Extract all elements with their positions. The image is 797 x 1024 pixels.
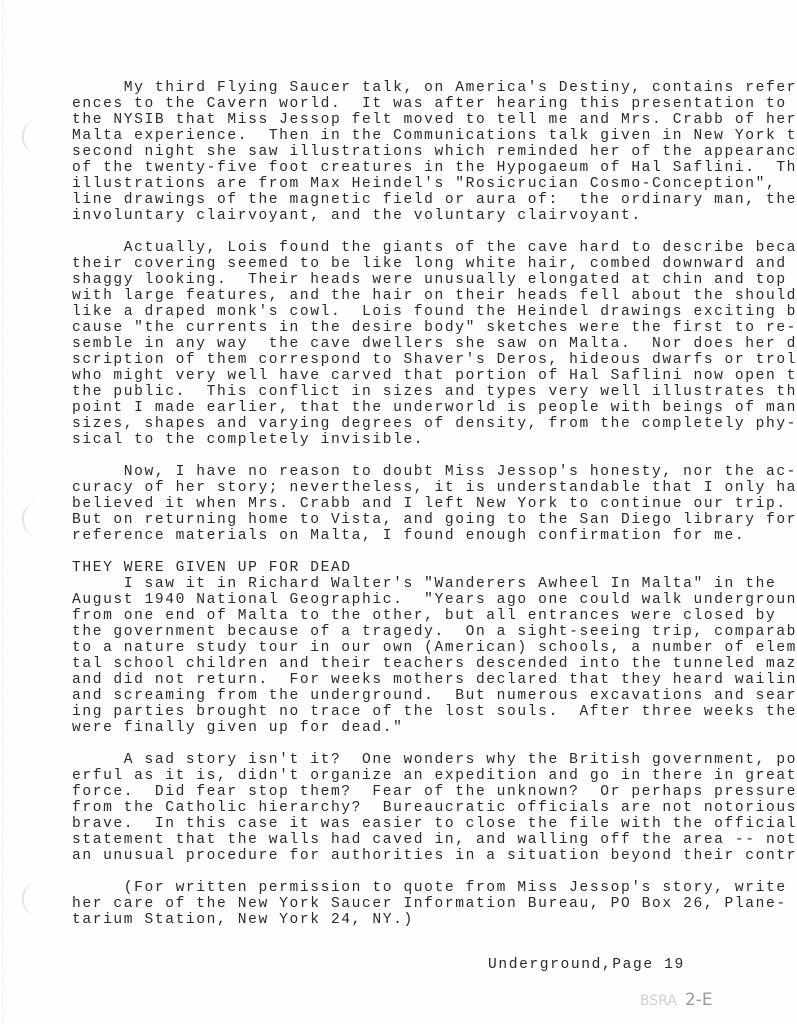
section-heading: THEY WERE GIVEN UP FOR DEAD: [72, 560, 792, 576]
document-body: My third Flying Saucer talk, on America'…: [72, 80, 792, 944]
text-line: (For written permission to quote from Mi…: [72, 880, 792, 896]
text-line: statement that the walls had caved in, a…: [72, 832, 792, 848]
text-line: illustrations are from Max Heindel's "Ro…: [72, 176, 792, 192]
hole-punch-mark: [22, 120, 40, 154]
text-line: her care of the New York Saucer Informat…: [72, 896, 792, 912]
text-line: an unusual procedure for authorities in …: [72, 848, 792, 864]
text-line: August 1940 National Geographic. "Years …: [72, 592, 792, 608]
text-line: scription of them correspond to Shaver's…: [72, 352, 792, 368]
paragraph: A sad story isn't it? One wonders why th…: [72, 752, 792, 864]
text-line: believed it when Mrs. Crabb and I left N…: [72, 496, 792, 512]
text-line: to a nature study tour in our own (Ameri…: [72, 640, 792, 656]
text-line: the NYSIB that Miss Jessop felt moved to…: [72, 112, 792, 128]
text-line: A sad story isn't it? One wonders why th…: [72, 752, 792, 768]
paragraph: Actually, Lois found the giants of the c…: [72, 240, 792, 448]
text-line: point I made earlier, that the underworl…: [72, 400, 792, 416]
text-line: ences to the Cavern world. It was after …: [72, 96, 792, 112]
text-line: sical to the completely invisible.: [72, 432, 792, 448]
text-line: second night she saw illustrations which…: [72, 144, 792, 160]
text-line: I saw it in Richard Walter's "Wanderers …: [72, 576, 792, 592]
text-line: like a draped monk's cowl. Lois found th…: [72, 304, 792, 320]
paragraph: (For written permission to quote from Mi…: [72, 880, 792, 928]
text-line: the public. This conflict in sizes and t…: [72, 384, 792, 400]
text-line: erful as it is, didn't organize an exped…: [72, 768, 792, 784]
text-line: Now, I have no reason to doubt Miss Jess…: [72, 464, 792, 480]
stamp-faint-text: BSRA: [640, 993, 677, 1009]
text-line: who might very well have carved that por…: [72, 368, 792, 384]
text-line: from the Catholic hierarchy? Bureaucrati…: [72, 800, 792, 816]
paragraph: Now, I have no reason to doubt Miss Jess…: [72, 464, 792, 544]
page-edge: [2, 0, 4, 1024]
document-page: My third Flying Saucer talk, on America'…: [0, 0, 797, 1024]
text-line: sizes, shapes and varying degrees of den…: [72, 416, 792, 432]
text-line: the government because of a tragedy. On …: [72, 624, 792, 640]
text-line: and screaming from the underground. But …: [72, 688, 792, 704]
text-line: reference materials on Malta, I found en…: [72, 528, 792, 544]
text-line: Actually, Lois found the giants of the c…: [72, 240, 792, 256]
paragraph: I saw it in Richard Walter's "Wanderers …: [72, 576, 792, 736]
text-line: involuntary clairvoyant, and the volunta…: [72, 208, 792, 224]
stamp-code: 2-E: [685, 990, 713, 1010]
text-line: with large features, and the hair on the…: [72, 288, 792, 304]
text-line: of the twenty-five foot creatures in the…: [72, 160, 792, 176]
text-line: tal school children and their teachers d…: [72, 656, 792, 672]
text-line: force. Did fear stop them? Fear of the u…: [72, 784, 792, 800]
text-line: from one end of Malta to the other, but …: [72, 608, 792, 624]
paragraph: My third Flying Saucer talk, on America'…: [72, 80, 792, 224]
archive-stamp: BSRA2-E: [640, 990, 713, 1010]
text-line: semble in any way the cave dwellers she …: [72, 336, 792, 352]
hole-punch-mark: [22, 882, 40, 916]
page-footer: Underground,Page 19: [488, 957, 685, 973]
hole-punch-mark: [22, 502, 40, 536]
text-line: ing parties brought no trace of the lost…: [72, 704, 792, 720]
text-line: cause "the currents in the desire body" …: [72, 320, 792, 336]
text-line: My third Flying Saucer talk, on America'…: [72, 80, 792, 96]
text-line: were finally given up for dead.": [72, 720, 792, 736]
text-line: tarium Station, New York 24, NY.): [72, 912, 792, 928]
text-line: brave. In this case it was easier to clo…: [72, 816, 792, 832]
text-line: But on returning home to Vista, and goin…: [72, 512, 792, 528]
text-line: shaggy looking. Their heads were unusual…: [72, 272, 792, 288]
text-line: curacy of her story; nevertheless, it is…: [72, 480, 792, 496]
text-line: their covering seemed to be like long wh…: [72, 256, 792, 272]
text-line: Malta experience. Then in the Communicat…: [72, 128, 792, 144]
text-line: line drawings of the magnetic field or a…: [72, 192, 792, 208]
text-line: and did not return. For weeks mothers de…: [72, 672, 792, 688]
